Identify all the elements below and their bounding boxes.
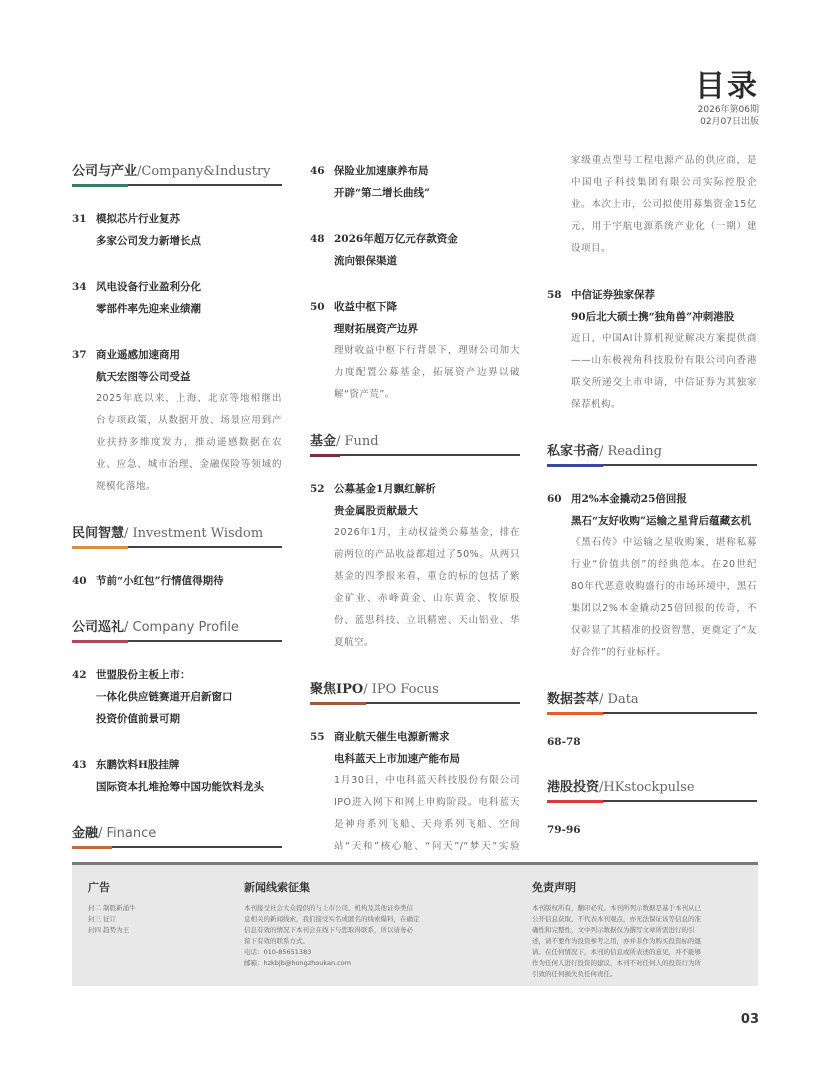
- toc-column-2: 46保险业加速康养布局 开辟“第二增长曲线” 482026年超万亿元存款资金 流…: [310, 160, 520, 926]
- section-accent-bar: [547, 800, 603, 803]
- footer-email[interactable]: 邮箱：hzkbjb@hongzhoukan.com: [244, 958, 466, 969]
- entry-subheadline: 航天宏图等公司受益: [72, 366, 282, 388]
- page-number: 43: [72, 754, 96, 776]
- footer-disclaimer-line: 请。在任何情况下，本刊的信息或所表述的意见，并不能够: [532, 947, 744, 958]
- section-title-en: / Finance: [98, 826, 156, 841]
- entry-summary: 2025年底以来，上海、北京等地相继出台专项政策，从数据开放、场景应用到产业扶持…: [72, 388, 282, 498]
- page-number: 60: [547, 488, 571, 510]
- entry-headline: 中信证券独家保荐: [571, 284, 655, 306]
- footer-news-line: 信息有效的情况下本刊会在线下与您取得联系，所以请务必: [244, 925, 466, 936]
- footer-news-tips: 新闻线索征集 本刊接受社会大众提供的与上市公司、机构及其他证券类信 息相关的新闻…: [244, 879, 466, 969]
- section-title-zh: 民间智慧: [72, 526, 124, 541]
- footer-ads-line: 封三 征订: [88, 914, 228, 925]
- toc-column-1: 公司与产业/Company&Industry 31模拟芯片行业复苏 多家公司发力…: [72, 160, 282, 938]
- section-title-en: / Company Profile: [124, 620, 239, 635]
- section-title-zh: 基金: [310, 434, 336, 449]
- page-number: 46: [310, 160, 334, 182]
- page-title: 目录: [695, 70, 759, 104]
- entry-summary-continued: 家级重点型号工程电源产品的供应商，是中国电子科技集团有限公司实际控股企业。本次上…: [547, 150, 757, 260]
- toc-entry-42[interactable]: 42世盟股份主板上市： 一体化供应链赛道开启新窗口 投资价值前景可期: [72, 664, 282, 730]
- section-company-industry: 公司与产业/Company&Industry: [72, 160, 282, 186]
- section-title-en: / Reading: [599, 444, 662, 459]
- entry-subheadline: 90后北大硕士携“独角兽”冲刺港股: [547, 306, 757, 328]
- section-accent-bar: [547, 464, 603, 467]
- toc-entry-48[interactable]: 482026年超万亿元存款资金 流向银保渠道: [310, 228, 520, 272]
- toc-entry-58[interactable]: 58中信证券独家保荐 90后北大硕士携“独角兽”冲刺港股 近日，中国AI计算机视…: [547, 284, 757, 416]
- section-ipo-focus: 聚焦IPO/ IPO Focus: [310, 678, 520, 704]
- entry-subheadline: 贵金属股贡献最大: [310, 500, 520, 522]
- section-accent-bar: [310, 702, 366, 705]
- section-finance: 金融/ Finance: [72, 822, 282, 848]
- footer-disclaimer-line: 述，请不要作为投资参考之用，亦并非作为购买投资标的邀: [532, 936, 744, 947]
- section-title-en: / IPO Focus: [363, 682, 439, 697]
- entry-headline: 模拟芯片行业复苏: [96, 208, 180, 230]
- entry-headline: 公募基金1月飘红解析: [334, 478, 436, 500]
- page-number: 34: [72, 276, 96, 298]
- entry-subheadline: 多家公司发力新增长点: [72, 230, 282, 252]
- page-number: 55: [310, 726, 334, 748]
- page-number: 48: [310, 228, 334, 250]
- footer-disclaimer-title: 免责声明: [532, 879, 744, 895]
- section-title-zh: 金融: [72, 826, 98, 841]
- entry-summary: 理财收益中枢下行背景下，理财公司加大力度配置公募基金，拓展资产边界以破解“资产荒…: [310, 340, 520, 406]
- section-hkstock: 港股投资/HKstockpulse: [547, 776, 757, 802]
- footer-disclaimer-line: 作为任何人进行投资的建议，本刊不对任何人的投资行为所: [532, 958, 744, 969]
- footer-ads: 广告 封二 制胜新涌牛 封三 征订 封四 趋势为王: [88, 879, 228, 936]
- publish-date: 02月07日出版: [695, 116, 759, 128]
- footer-news-line: 息相关的新闻线索，我们接受实名或匿名的线索爆料，在确定: [244, 914, 466, 925]
- footer-disclaimer-line: 本刊版权所有，翻印必究。本刊所列示数据是基于本刊从已: [532, 903, 744, 914]
- page-range-data[interactable]: 68-78: [547, 736, 757, 748]
- section-company-profile: 公司巡礼/ Company Profile: [72, 616, 282, 642]
- section-accent-bar: [72, 546, 128, 549]
- entry-subheadline: 流向银保渠道: [310, 250, 520, 272]
- toc-entry-40[interactable]: 40节前“小红包”行情值得期待: [72, 570, 282, 592]
- section-accent-bar: [310, 454, 340, 457]
- footer-phone: 电话：010-85651383: [244, 947, 466, 958]
- toc-entry-46[interactable]: 46保险业加速康养布局 开辟“第二增长曲线”: [310, 160, 520, 204]
- entry-subheadline: 一体化供应链赛道开启新窗口: [72, 686, 282, 708]
- entry-headline: 东鹏饮料H股挂牌: [96, 754, 179, 776]
- footer-news-line: 留下有效的联系方式。: [244, 936, 466, 947]
- footer-ads-line: 封二 制胜新涌牛: [88, 903, 228, 914]
- toc-entry-43[interactable]: 43东鹏饮料H股挂牌 国际资本扎堆抢筹中国功能饮料龙头: [72, 754, 282, 798]
- entry-headline: 节前“小红包”行情值得期待: [96, 570, 224, 592]
- entry-subheadline: 零部件率先迎来业绩潮: [72, 298, 282, 320]
- section-title-zh: 数据荟萃: [547, 692, 599, 707]
- section-fund: 基金/ Fund: [310, 430, 520, 456]
- footer-disclaimer: 免责声明 本刊版权所有，翻印必究。本刊所列示数据是基于本刊从已 公开信息获取，不…: [532, 879, 744, 980]
- section-data: 数据荟萃/ Data: [547, 688, 757, 714]
- entry-subheadline: 电科蓝天上市加速产能布局: [310, 748, 520, 770]
- section-title-zh: 公司与产业: [72, 164, 137, 179]
- footer-disclaimer-line: 确性和完整性，文中列示数据仅为撰写文章所需进行的引: [532, 925, 744, 936]
- entry-headline: 风电设备行业盈利分化: [96, 276, 201, 298]
- section-title-en: /Company&Industry: [137, 164, 271, 179]
- entry-summary: 近日，中国AI计算机视觉解决方案提供商——山东极视角科技股份有限公司向香港联交所…: [547, 328, 757, 416]
- section-accent-bar: [72, 846, 112, 849]
- section-title-zh: 公司巡礼: [72, 620, 124, 635]
- section-title-zh: 港股投资: [547, 780, 599, 795]
- issue-number: 2026年第06期: [695, 104, 759, 116]
- toc-column-3: 家级重点型号工程电源产品的供应商，是中国电子科技集团有限公司实际控股企业。本次上…: [547, 160, 757, 864]
- toc-entry-37[interactable]: 37商业遥感加速商用 航天宏图等公司受益 2025年底以来，上海、北京等地相继出…: [72, 344, 282, 498]
- entry-headline: 商业航天催生电源新需求: [334, 726, 450, 748]
- entry-headline: 2026年超万亿元存款资金: [334, 228, 458, 250]
- entry-headline: 商业遥感加速商用: [96, 344, 180, 366]
- footer-ads-title: 广告: [88, 879, 228, 895]
- section-title-en: / Investment Wisdom: [124, 526, 263, 541]
- entry-summary: 2026年1月，主动权益类公募基金，排在前两位的产品收益都超过了50%。从两只基…: [310, 522, 520, 654]
- page-number: 31: [72, 208, 96, 230]
- page-number: 42: [72, 664, 96, 686]
- footer-disclaimer-line: 公开信息获取，不代表本刊观点，亦无法保证该等信息的准: [532, 914, 744, 925]
- footer-disclaimer-line: 引致的任何损失负任何责任。: [532, 969, 744, 980]
- section-title-zh: 私家书斋: [547, 444, 599, 459]
- page-number: 40: [72, 570, 96, 592]
- page-number-footer: 03: [741, 1012, 759, 1027]
- footer-info-box: 广告 封二 制胜新涌牛 封三 征订 封四 趋势为王 新闻线索征集 本刊接受社会大…: [72, 862, 758, 986]
- footer-news-line: 本刊接受社会大众提供的与上市公司、机构及其他证券类信: [244, 903, 466, 914]
- page-number: 50: [310, 296, 334, 318]
- entry-subheadline: 黑石“友好收购”运输之星背后蕴藏玄机: [547, 510, 757, 532]
- section-title-en: /HKstockpulse: [599, 780, 695, 795]
- entry-subheadline: 投资价值前景可期: [72, 708, 282, 730]
- entry-headline: 用2%本金撬动25倍回报: [571, 488, 687, 510]
- section-reading: 私家书斋/ Reading: [547, 440, 757, 466]
- section-title-en: / Fund: [336, 434, 379, 449]
- footer-news-title: 新闻线索征集: [244, 879, 466, 895]
- page-number: 52: [310, 478, 334, 500]
- section-accent-bar: [72, 640, 128, 643]
- entry-summary: 《黑石传》中运输之星收购案，堪称私募行业“价值共创”的经典范本。在20世纪80年…: [547, 532, 757, 664]
- section-investment-wisdom: 民间智慧/ Investment Wisdom: [72, 522, 282, 548]
- toc-entry-60[interactable]: 60用2%本金撬动25倍回报 黑石“友好收购”运输之星背后蕴藏玄机 《黑石传》中…: [547, 488, 757, 664]
- masthead: 目录 2026年第06期 02月07日出版: [695, 70, 759, 128]
- entry-subheadline: 国际资本扎堆抢筹中国功能饮料龙头: [72, 776, 282, 798]
- section-title-zh: 聚焦IPO: [310, 682, 363, 697]
- toc-entry-34[interactable]: 34风电设备行业盈利分化 零部件率先迎来业绩潮: [72, 276, 282, 320]
- page-number: 37: [72, 344, 96, 366]
- footer-ads-line: 封四 趋势为王: [88, 925, 228, 936]
- entry-headline: 保险业加速康养布局: [334, 160, 429, 182]
- section-accent-bar: [547, 712, 603, 715]
- section-rule: [310, 454, 520, 456]
- section-accent-bar: [72, 184, 128, 187]
- entry-headline: 收益中枢下降: [334, 296, 397, 318]
- toc-entry-31[interactable]: 31模拟芯片行业复苏 多家公司发力新增长点: [72, 208, 282, 252]
- page-range-hkstock[interactable]: 79-96: [547, 824, 757, 836]
- entry-subheadline: 理财拓展资产边界: [310, 318, 520, 340]
- section-title-en: / Data: [599, 692, 639, 707]
- entry-headline: 世盟股份主板上市：: [96, 664, 191, 686]
- toc-entry-50[interactable]: 50收益中枢下降 理财拓展资产边界 理财收益中枢下行背景下，理财公司加大力度配置…: [310, 296, 520, 406]
- page-number: 58: [547, 284, 571, 306]
- entry-subheadline: 开辟“第二增长曲线”: [310, 182, 520, 204]
- toc-entry-52[interactable]: 52公募基金1月飘红解析 贵金属股贡献最大 2026年1月，主动权益类公募基金，…: [310, 478, 520, 654]
